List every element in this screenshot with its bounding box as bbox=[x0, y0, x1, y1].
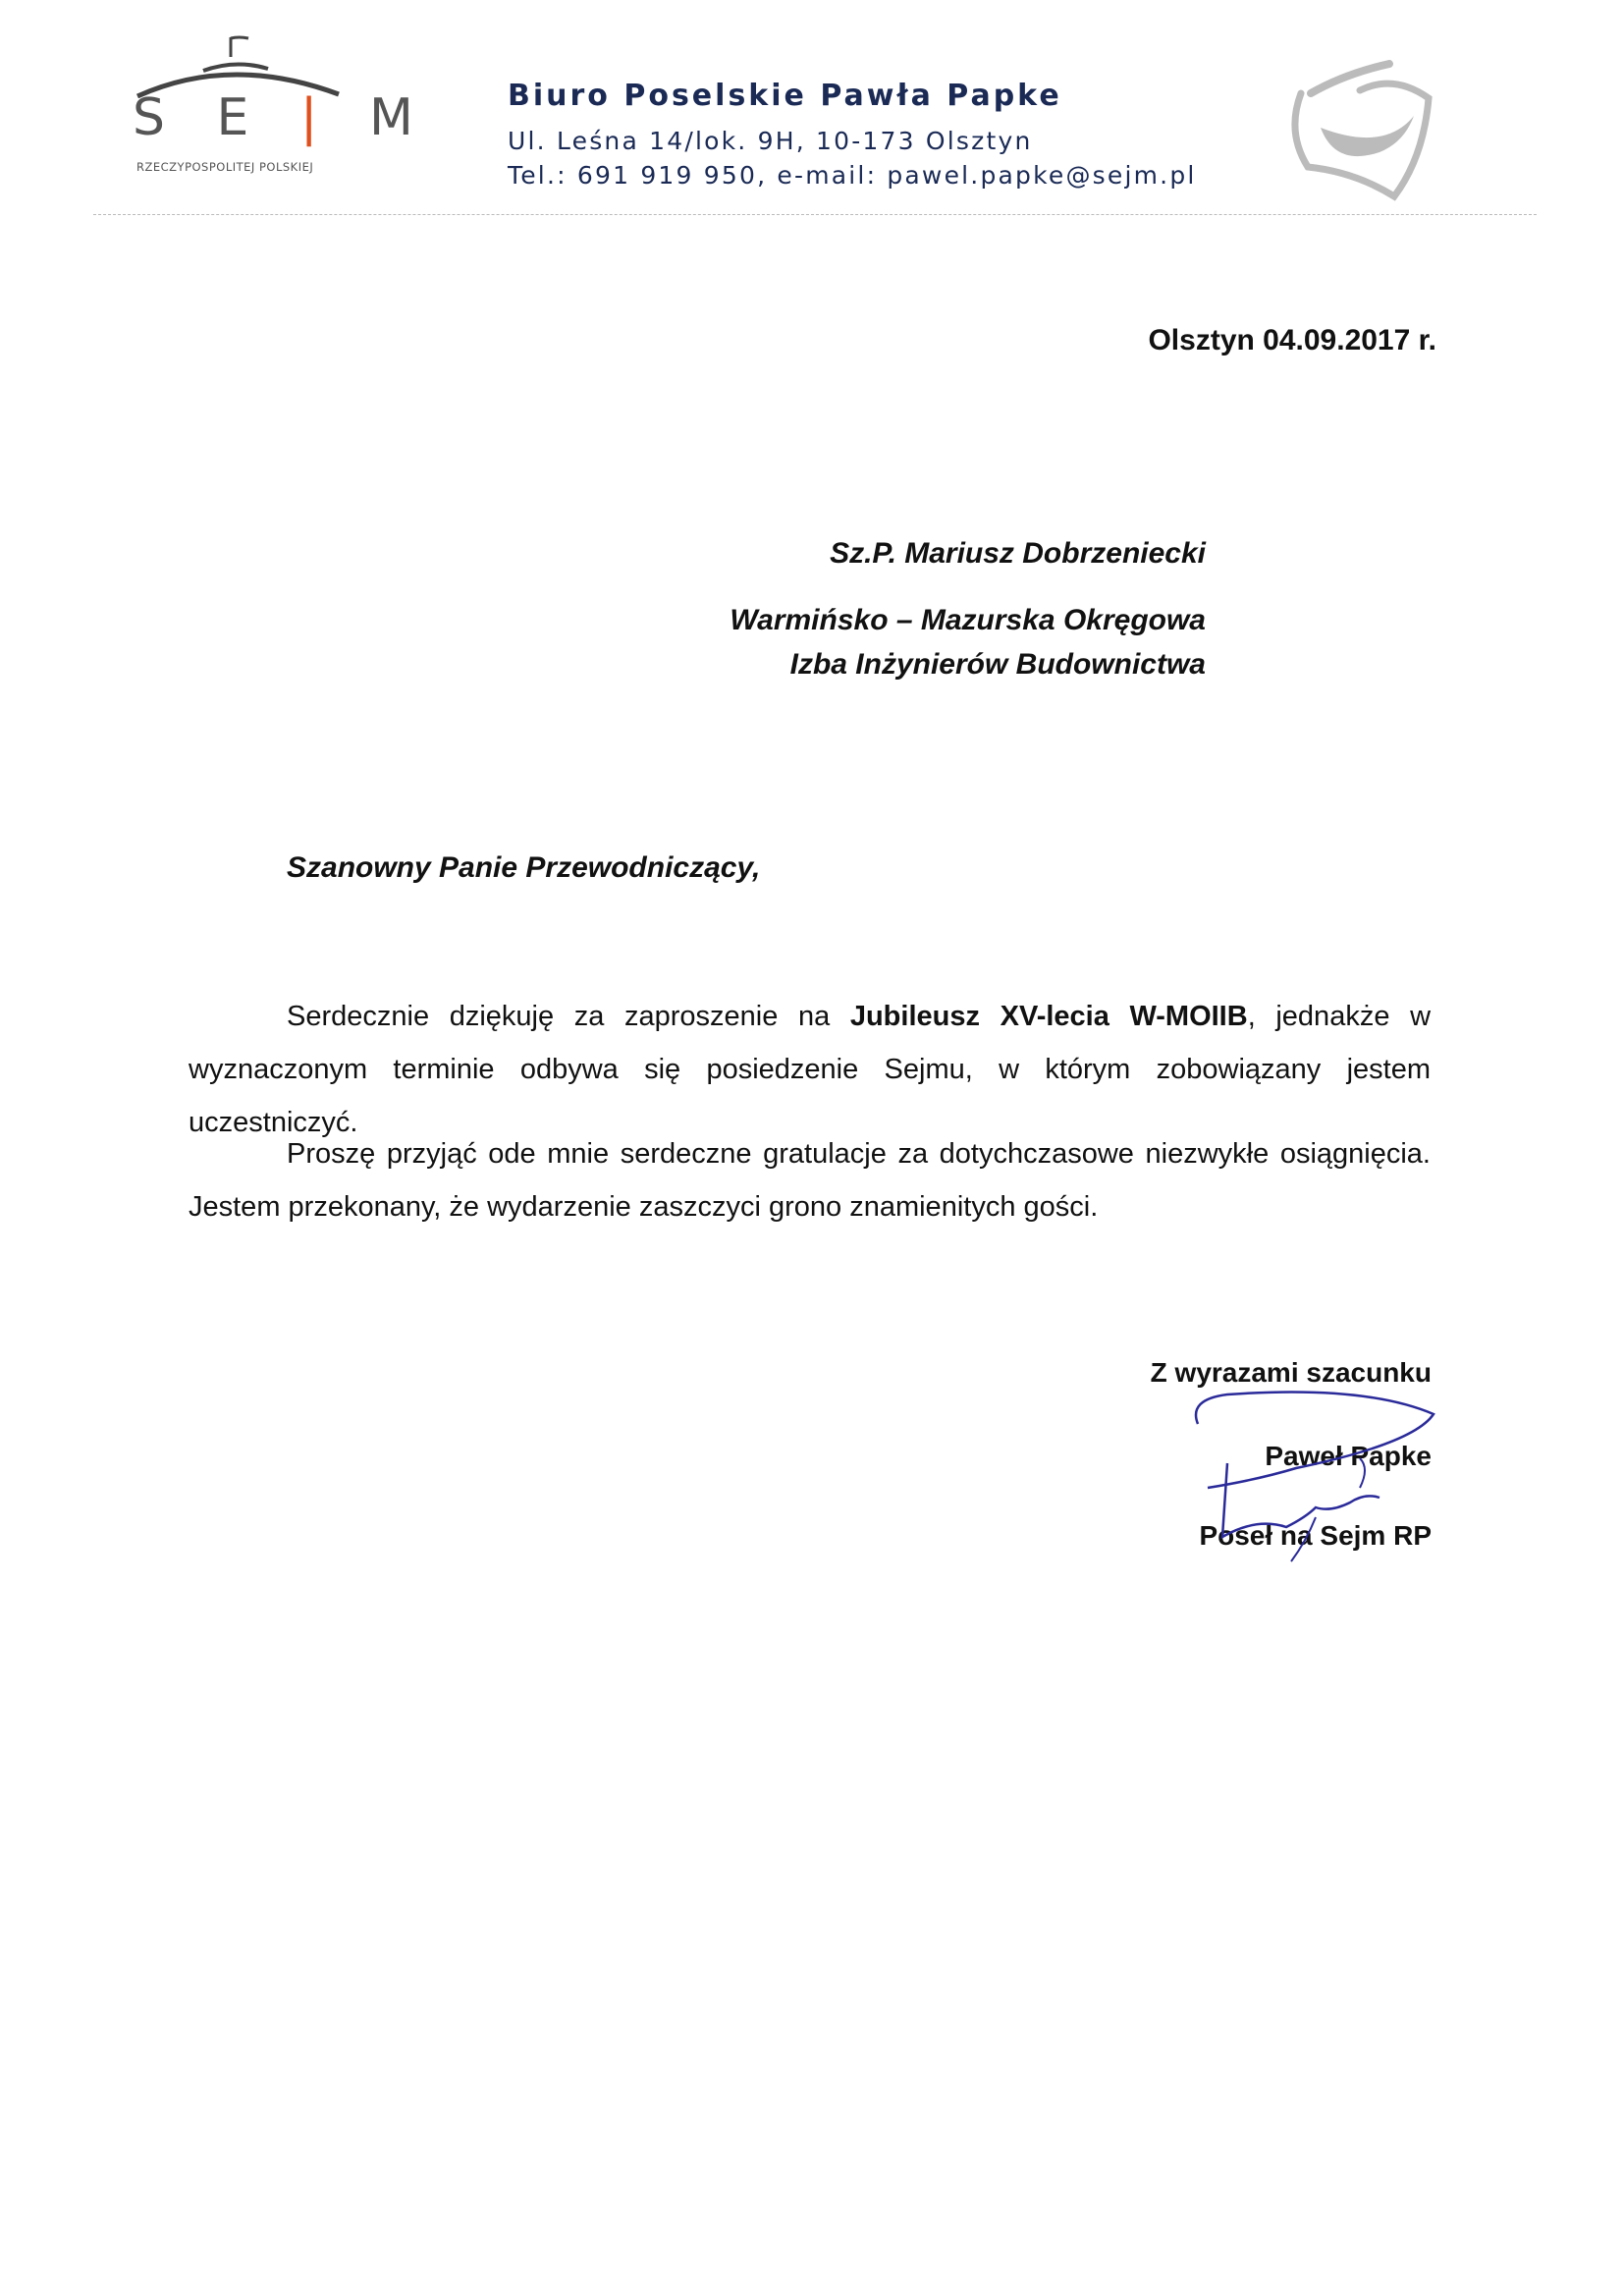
recipient-org-line1: Warmińsko – Mazurska Okręgowa bbox=[730, 604, 1206, 637]
body-paragraph-2: Proszę przyjąć ode mnie serdeczne gratul… bbox=[189, 1127, 1431, 1233]
recipient-name: Sz.P. Mariusz Dobrzeniecki bbox=[830, 537, 1206, 571]
sejm-logo: S E | M RZECZYPOSPOLITEJ POLSKIEJ bbox=[133, 29, 344, 182]
office-name: Biuro Poselskie Pawła Papke bbox=[508, 79, 1062, 113]
office-address: Ul. Leśna 14/lok. 9H, 10-173 Olsztyn bbox=[508, 127, 1033, 155]
handwritten-signature-icon bbox=[1168, 1370, 1463, 1566]
sejm-wordmark: S E | M bbox=[133, 88, 344, 147]
salutation: Szanowny Panie Przewodniczący, bbox=[287, 851, 760, 885]
event-name: Jubileusz XV-lecia W-MOIIB bbox=[850, 1001, 1248, 1032]
sejm-subtitle: RZECZYPOSPOLITEJ POLSKIEJ bbox=[136, 160, 313, 174]
header-divider bbox=[93, 214, 1537, 215]
office-contact: Tel.: 691 919 950, e-mail: pawel.papke@s… bbox=[508, 161, 1197, 190]
body-paragraph-1: Serdecznie dziękuję za zaproszenie na Ju… bbox=[189, 990, 1431, 1149]
recipient-org-line2: Izba Inżynierów Budownictwa bbox=[790, 648, 1206, 682]
party-emblem-icon bbox=[1267, 49, 1443, 216]
date-line: Olsztyn 04.09.2017 r. bbox=[1148, 324, 1436, 357]
